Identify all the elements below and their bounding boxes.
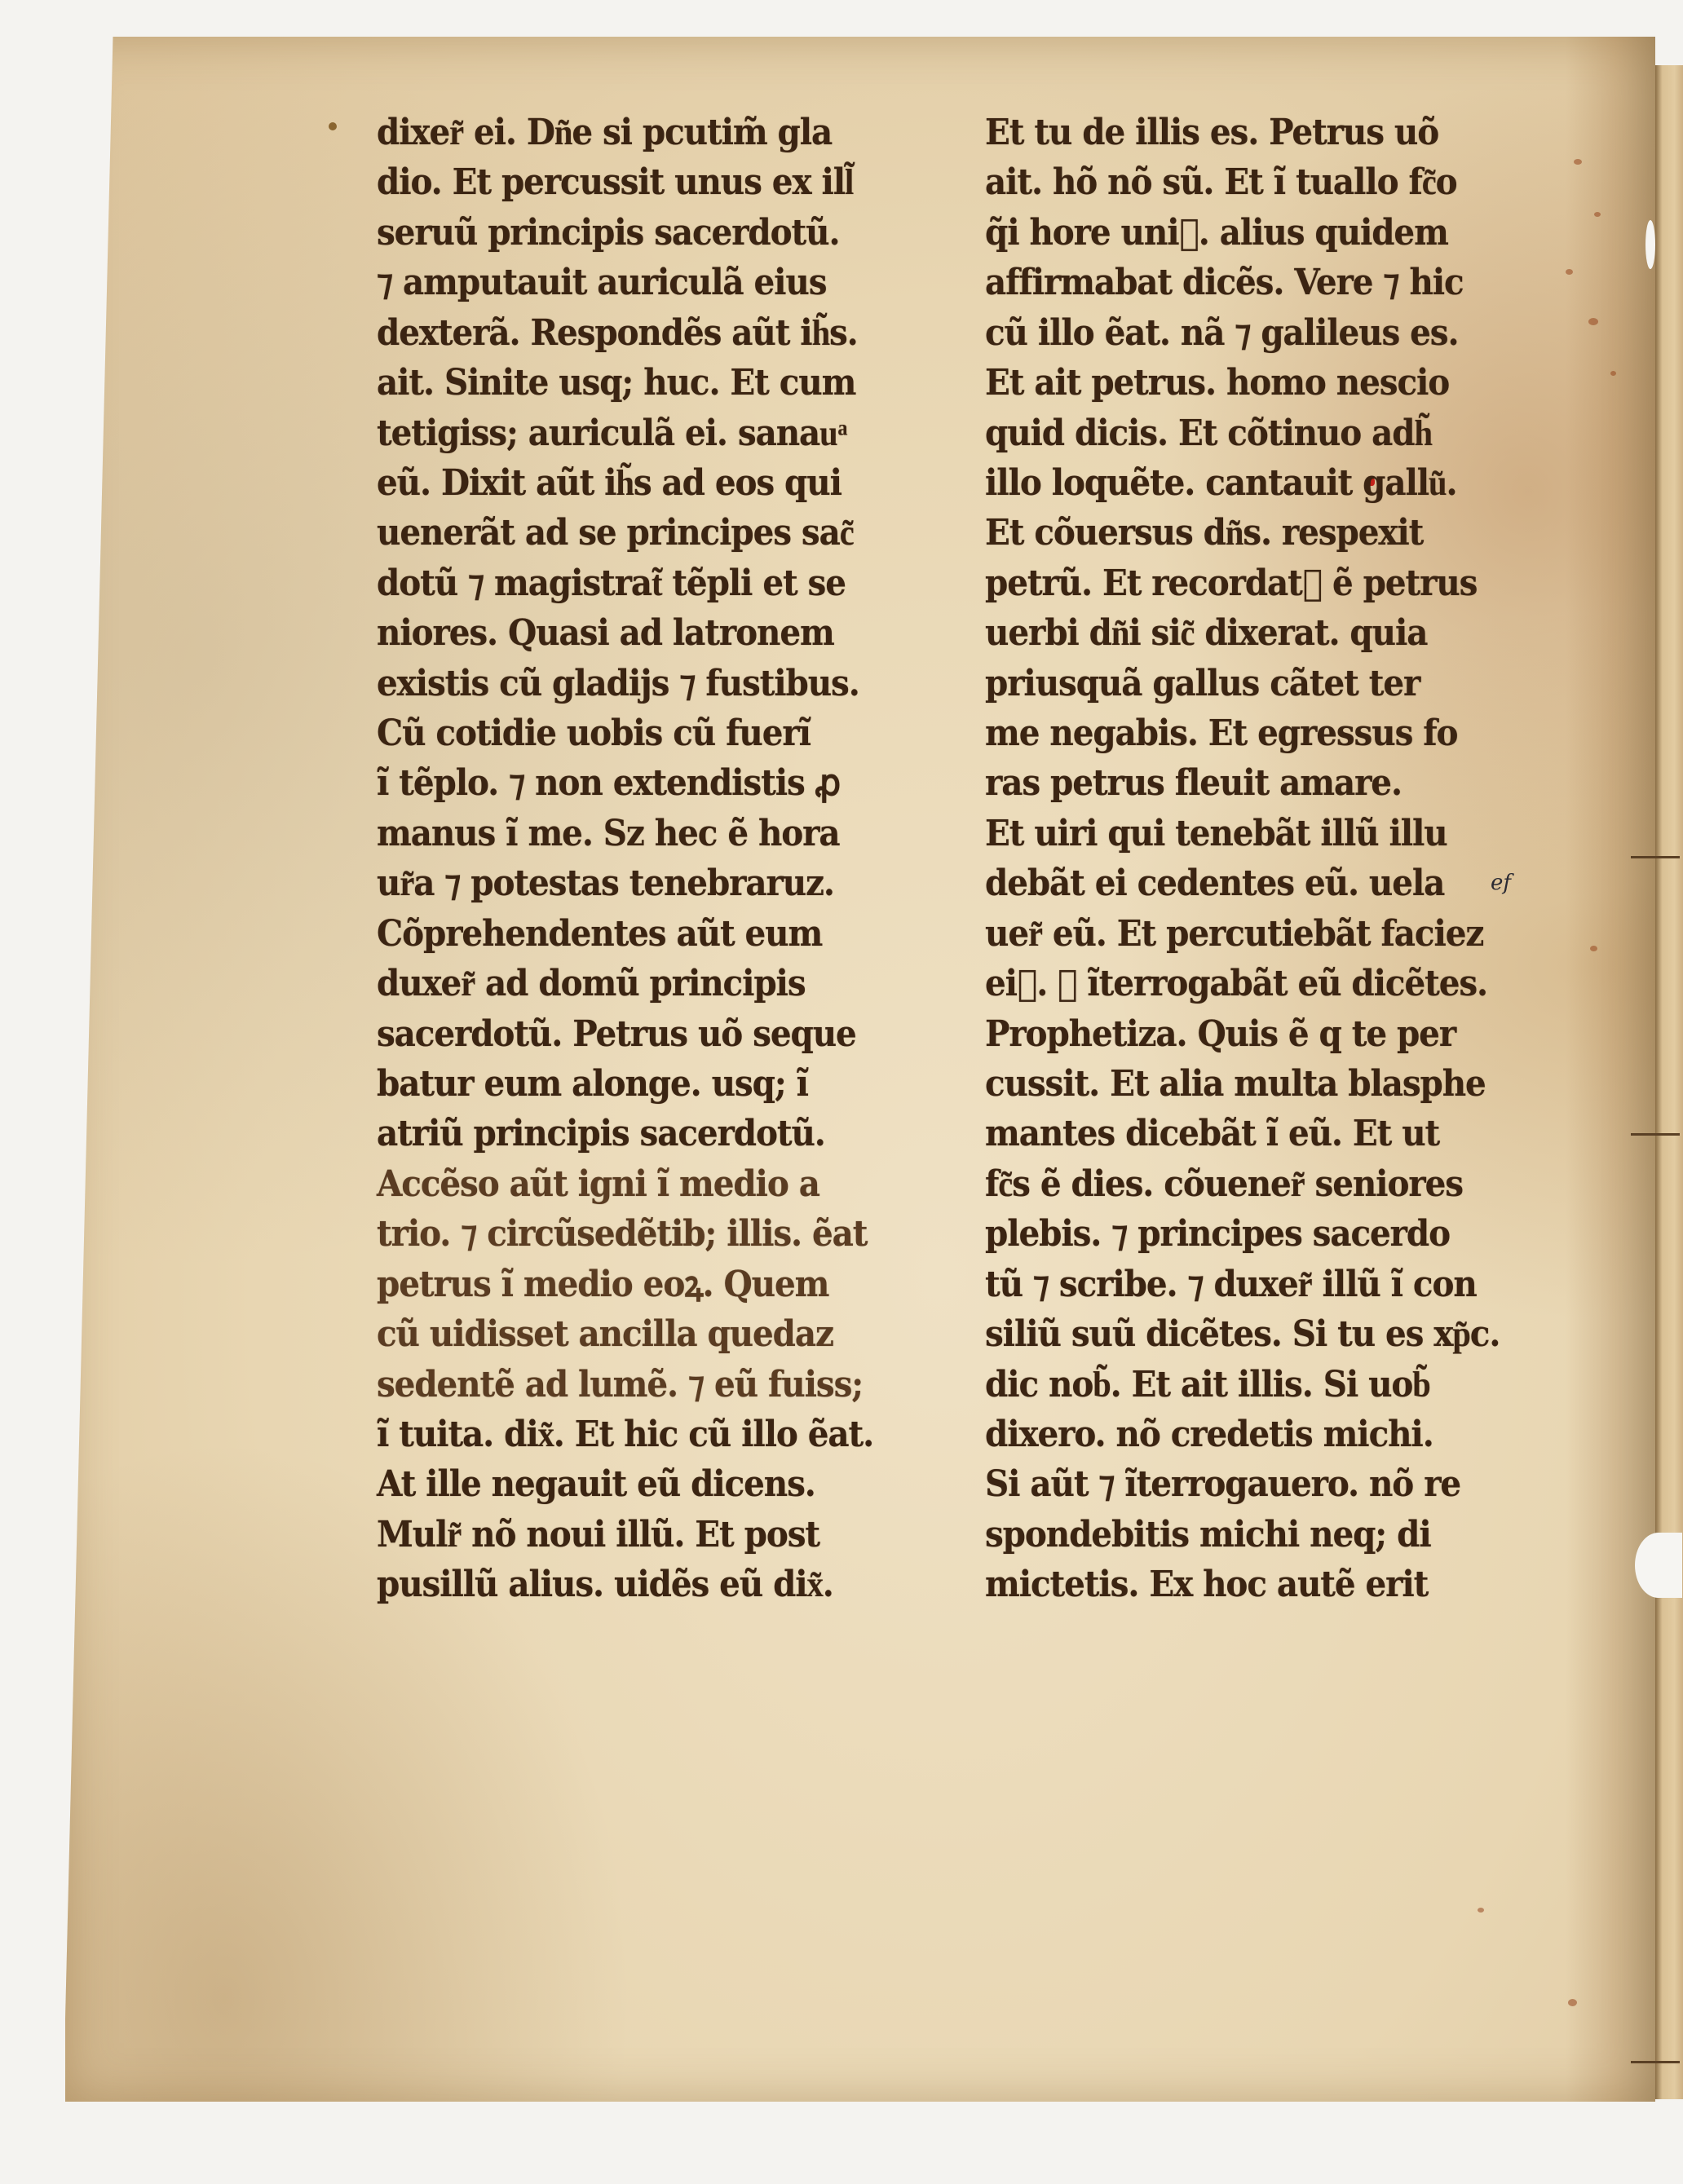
text-line: pusillũ alius. uidẽs eũ dix͂. [377,1560,857,1609]
text-line: cũ uidisset ancilla quedaz [377,1309,857,1359]
text-line: spondebitis michi neq; di [985,1510,1465,1560]
foxing-spot [1610,371,1616,376]
text-line: q̃i hore uni᷒. alius quidem [985,208,1465,258]
text-line: dexterã. Respondẽs aũt ih͂s. [377,308,857,358]
text-line: me negabis. Et egressus fo [985,708,1465,758]
binding-stitch [1631,1133,1680,1136]
foxing-spot [1566,269,1573,275]
text-line: dixero. nõ credetis michi. [985,1410,1465,1459]
text-line: ei᷒. ⁊ ĩterrogabãt eũ dicẽtes. [985,959,1465,1008]
edge-tear [1645,220,1655,269]
text-line: dic nob͂. Et ait illis. Si uob͂ [985,1360,1465,1410]
binding-stub [1655,65,1683,2099]
text-line: illo loquẽte. cantauit gallu͂. [985,458,1465,508]
manuscript-scan: dixer͂ ei. Dn͂e si pcutim̃ gla dio. Et p… [0,0,1683,2184]
text-line: batur eum alonge. usq; ĩ [377,1059,857,1109]
foxing-spot [1478,1908,1484,1913]
text-line: tetigiss; auriculã ei. sanauͣ [377,408,857,458]
text-line: Cõprehendentes aũt eum [377,909,857,959]
text-line: mantes dicebãt ĩ eũ. Et ut [985,1109,1465,1158]
text-line: Si aũt ⁊ ĩterrogauero. nõ re [985,1459,1465,1509]
text-line: dio. Et percussit unus ex ill͂ [377,157,857,207]
text-line: Cũ cotidie uobis cũ fuerĩ [377,708,857,758]
text-line: uerbi dn͂i sic͂ dixerat. quia [985,608,1465,658]
text-line: mictetis. Ex hoc autẽ erit [985,1560,1465,1609]
text-line: petrus ĩ medio eoꝝ. Quem [377,1260,857,1309]
text-line: Et tu de illis es. Petrus uõ [985,108,1465,157]
text-line: sedentẽ ad lumẽ. ⁊ eũ fuiss; [377,1360,857,1410]
text-line: Et cõuersus dn͂s. respexit [985,508,1465,558]
text-line: uenerãt ad se principes sac͂ [377,508,857,558]
binding-stitch [1631,856,1680,858]
text-line: ait. Sinite usq; huc. Et cum [377,358,857,408]
foxing-spot [1588,318,1598,325]
text-line: eũ. Dixit aũt ih͂s ad eos qui [377,458,857,508]
text-line: petrũ. Et recordat᷒ ẽ petrus [985,558,1465,608]
text-line: affirmabat dicẽs. Vere ⁊ hic [985,258,1465,307]
text-line: trio. ⁊ circũsedẽtib; illis. ẽat [377,1209,857,1259]
text-column-right: Et tu de illis es. Petrus uõ ait. hõ nõ … [985,108,1507,1610]
text-line: ⁊ amputauit auriculã eius [377,258,857,307]
foxing-spot [1574,159,1582,165]
text-line: priusquã gallus cãtet ter [985,659,1465,708]
foxing-spot [1590,946,1597,951]
text-line: At ille negauit eũ dicens. [377,1459,857,1509]
text-line: cussit. Et alia multa blasphe [985,1059,1465,1109]
text-line: Et ait petrus. homo nescio [985,358,1465,408]
text-line: siliũ suũ dicẽtes. Si tu es xp͂c. [985,1309,1465,1359]
text-line: duxer͂ ad domũ principis [377,959,857,1008]
text-line: ras petrus fleuit amare. [985,758,1465,808]
text-line: ait. hõ nõ sũ. Et ĩ tuallo fc͂o [985,157,1465,207]
edge-tear [1635,1533,1682,1598]
text-line: seruũ principis sacerdotũ. [377,208,857,258]
text-line: ur͂a ⁊ potestas tenebraruz. [377,858,857,908]
text-line: cũ illo ẽat. nã ⁊ galileus es. [985,308,1465,358]
marginal-annotation: ef [1491,871,1511,895]
text-line: existis cũ gladijs ⁊ fustibus. [377,659,857,708]
text-line: atriũ principis sacerdotũ. [377,1109,857,1158]
text-line: quid dicis. Et cõtinuo adh͂ [985,408,1465,458]
text-line: Accẽso aũt igni ĩ medio a [377,1159,857,1209]
text-line: plebis. ⁊ principes sacerdo [985,1209,1465,1259]
leaf-staining [1566,37,1655,2102]
text-line: manus ĩ me. Sz hec ẽ hora [377,809,857,858]
text-line: Et uiri qui tenebãt illũ illu [985,809,1465,858]
margin-ink-mark [329,122,337,130]
text-line: tũ ⁊ scribe. ⁊ duxer͂ illũ ĩ con [985,1260,1465,1309]
text-line: dotũ ⁊ magistrat͂ tẽpli et se [377,558,857,608]
foxing-spot [1594,212,1601,217]
text-column-left: dixer͂ ei. Dn͂e si pcutim̃ gla dio. Et p… [377,108,899,1610]
text-line: niores. Quasi ad latronem [377,608,857,658]
text-line: debãt ei cedentes eũ. uela [985,858,1465,908]
foxing-spot [1568,1999,1577,2006]
text-line: Mulr͂ nõ noui illũ. Et post [377,1510,857,1560]
text-line: fc͂s ẽ dies. cõuener͂ seniores [985,1159,1465,1209]
text-line: dixer͂ ei. Dn͂e si pcutim̃ gla [377,108,857,157]
text-line: uer͂ eũ. Et percutiebãt faciez [985,909,1465,959]
text-line: Prophetiza. Quis ẽ q te per [985,1009,1465,1059]
text-line: ĩ tuita. dix͂. Et hic cũ illo ẽat. [377,1410,857,1459]
binding-stitch [1631,2061,1680,2063]
text-line: ĩ tẽplo. ⁊ non extendistis ꝓ [377,758,857,808]
text-line: sacerdotũ. Petrus uõ seque [377,1009,857,1059]
